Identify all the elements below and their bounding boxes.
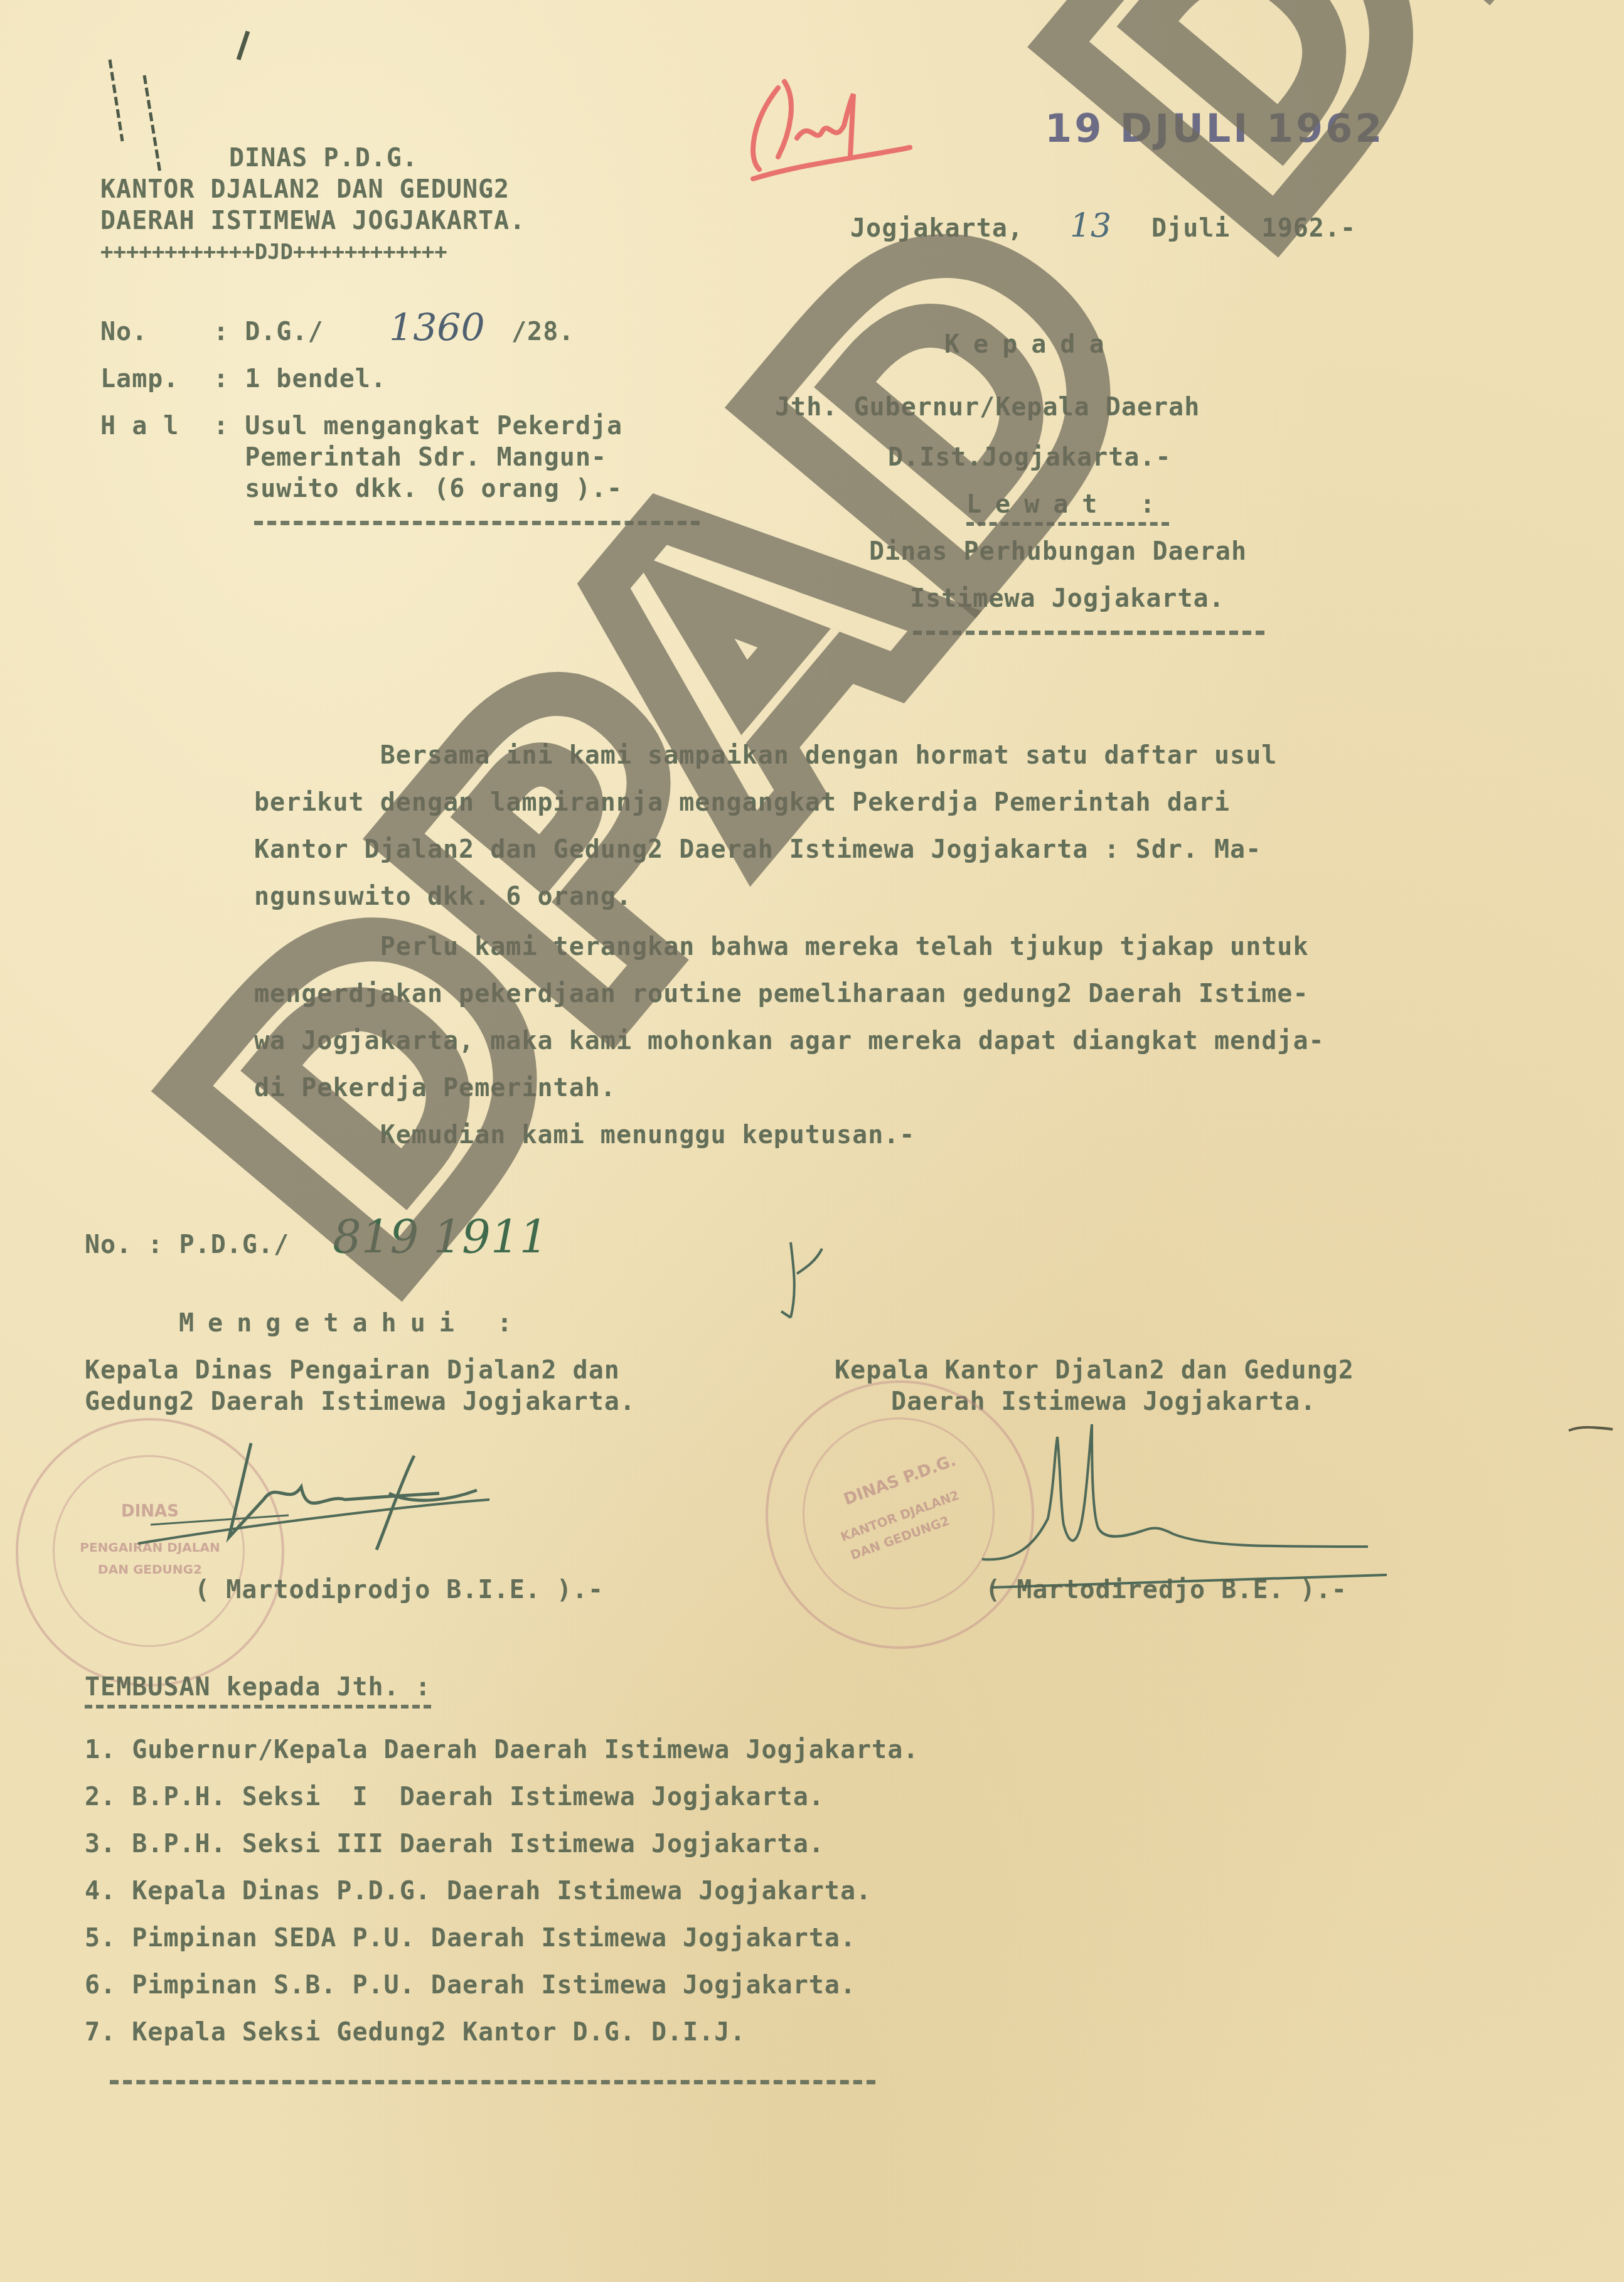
copy-item: 3. B.P.H. Seksi III Daerah Istimewa Jogj… — [85, 1829, 825, 1859]
letterhead-rule: ++++++++++++DJD++++++++++++ — [100, 237, 447, 267]
copies-end-rule — [110, 2080, 875, 2084]
lamp-label: Lamp. — [100, 364, 179, 394]
left-signatory-name: ( Martodiprodjo B.I.E. ).- — [195, 1575, 604, 1605]
no-prefix: : D.G./ — [213, 317, 324, 347]
lamp-value: : 1 bendel. — [213, 364, 387, 394]
handwritten-letter-number: 1360 — [389, 306, 485, 350]
pencil-marks — [94, 13, 282, 176]
right-signature — [979, 1418, 1481, 1581]
copy-item: 1. Gubernur/Kepala Daerah Daerah Istimew… — [85, 1735, 919, 1765]
edge-pencil-mark — [1563, 1424, 1619, 1462]
second-ref-label: No. : P.D.G./ — [85, 1230, 289, 1260]
copy-item: 7. Kepala Seksi Gedung2 Kantor D.G. D.I.… — [85, 2017, 745, 2047]
no-label: No. — [100, 317, 147, 347]
copy-item: 2. B.P.H. Seksi I Daerah Istimewa Jogjak… — [85, 1782, 825, 1812]
org-name-line3: DAERAH ISTIMEWA JOGJAKARTA. — [100, 206, 525, 236]
paraph-mark — [778, 1236, 853, 1330]
org-name-line2: KANTOR DJALAN2 DAN GEDUNG2 — [100, 174, 510, 205]
copies-heading: TEMBUSAN kepada Jth. : — [85, 1672, 431, 1709]
copy-item: 6. Pimpinan S.B. P.U. Daerah Istimewa Jo… — [85, 1970, 856, 2000]
hal-label: H a l — [100, 411, 179, 441]
copy-item: 5. Pimpinan SEDA P.U. Daerah Istimewa Jo… — [85, 1923, 856, 1953]
hal-line3: suwito dkk. (6 orang ).- — [213, 474, 622, 504]
right-signatory-name: ( Martodiredjo B.E. ).- — [985, 1575, 1347, 1605]
hal-line2: Pemerintah Sdr. Mangun- — [213, 442, 607, 472]
left-signature — [63, 1431, 690, 1556]
copy-item: 4. Kepala Dinas P.D.G. Daerah Istimewa J… — [85, 1876, 872, 1906]
left-signatory-title1: Kepala Dinas Pengairan Djalan2 dan — [85, 1355, 620, 1385]
hal-line1: : Usul mengangkat Pekerdja — [213, 411, 622, 441]
left-signatory-title2: Gedung2 Daerah Istimewa Jogjakarta. — [85, 1387, 636, 1417]
no-suffix: /28. — [511, 317, 574, 347]
